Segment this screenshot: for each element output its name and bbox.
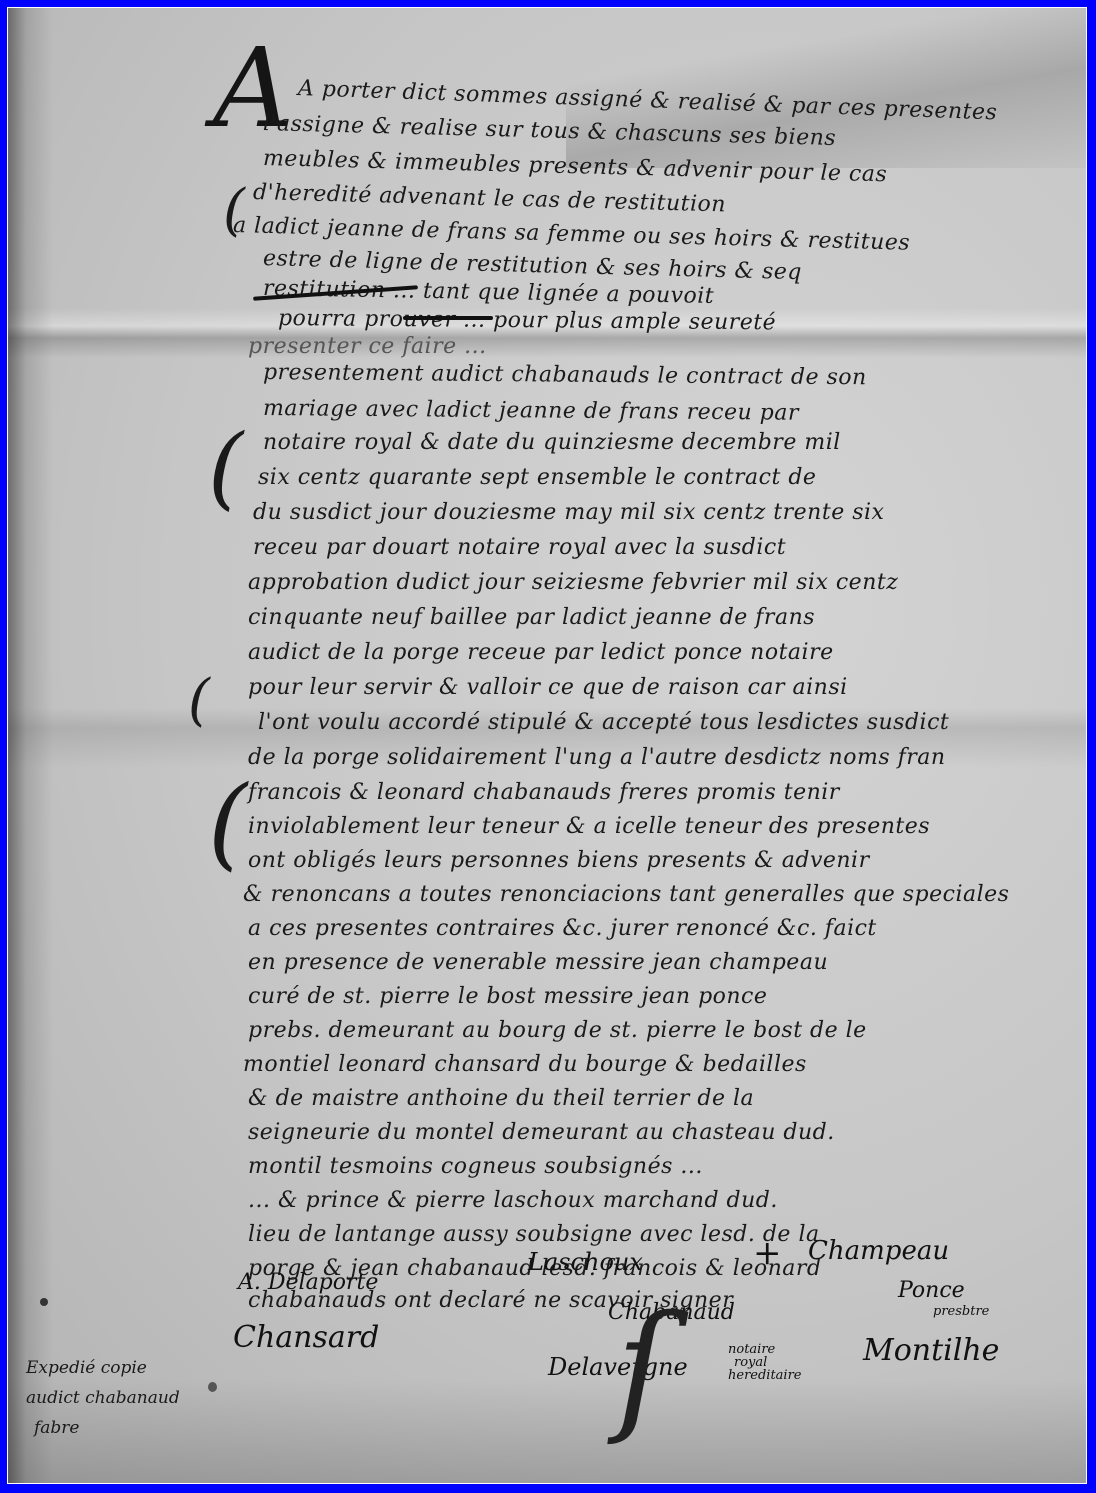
notary-caption: notaire royal hereditaire [728, 1343, 802, 1382]
manuscript-line: audict de la porge receue par ledict pon… [248, 640, 834, 665]
manuscript-line: prebs. demeurant au bourg de st. pierre … [248, 1018, 867, 1043]
signature-flourish: ſ [616, 1298, 668, 1438]
margin-note: Expedié copie audict chabanaud fabre [26, 1353, 180, 1443]
manuscript-line: ... & prince & pierre laschoux marchand … [248, 1188, 778, 1213]
manuscript-line: lieu de lantange aussy soubsigne avec le… [248, 1222, 820, 1247]
manuscript-line: francois & leonard chabanauds freres pro… [248, 780, 840, 805]
manuscript-line: ont obligés leurs personnes biens presen… [248, 848, 870, 873]
manuscript-line: l'ont voulu accordé stipulé & accepté to… [258, 710, 949, 735]
margin-note-line: audict chabanaud [26, 1383, 180, 1413]
signature-mark: + [753, 1233, 782, 1273]
manuscript-line: en presence de venerable messire jean ch… [248, 950, 828, 975]
signature-presbtre: presbtre [933, 1304, 989, 1319]
manuscript-line: a ces presentes contraires &c. jurer ren… [248, 916, 877, 941]
manuscript-line: d'heredité advenant le cas de restitutio… [253, 180, 727, 217]
manuscript-line: presentement audict chabanauds le contra… [263, 360, 867, 390]
margin-flourish: ( [208, 423, 243, 513]
signature-montilhe: Montilhe [863, 1333, 999, 1368]
margin-note-line: fabre [26, 1413, 180, 1443]
manuscript-line: inviolablement leur teneur & a icelle te… [248, 814, 930, 839]
manuscript-line: & de maistre anthoine du theil terrier d… [248, 1086, 754, 1111]
margin-note-line: Expedié copie [26, 1353, 180, 1383]
manuscript-line: pourra prouver ... pour plus ample seure… [278, 306, 776, 335]
manuscript-line: seigneurie du montel demeurant au chaste… [248, 1120, 835, 1145]
manuscript-line: notaire royal & date du quinziesme decem… [263, 430, 841, 455]
manuscript-line: six centz quarante sept ensemble le cont… [258, 465, 816, 490]
manuscript-line: receu par douart notaire royal avec la s… [253, 535, 786, 560]
margin-flourish: ( [208, 773, 247, 873]
document-page: A A porter dict sommes assigné & realisé… [7, 7, 1087, 1484]
signature-laschoux: Laschoux [528, 1248, 643, 1276]
notary-caption-line: hereditaire [728, 1369, 802, 1382]
manuscript-line: du susdict jour douziesme may mil six ce… [253, 500, 884, 525]
manuscript-line: de la porge solidairement l'ung a l'autr… [248, 745, 946, 770]
manuscript-line: & renoncans a toutes renonciacions tant … [243, 882, 1009, 907]
signature-champeau: Champeau [808, 1236, 949, 1266]
manuscript-line: montiel leonard chansard du bourge & bed… [243, 1052, 807, 1077]
signature-delaporte: A. Delaporte [238, 1270, 378, 1295]
manuscript-line: cinquante neuf baillee par ladict jeanne… [248, 605, 815, 630]
ink-dot [40, 1298, 48, 1306]
margin-flourish: ( [188, 673, 210, 729]
manuscript-line: montil tesmoins cogneus soubsignés ... [248, 1154, 703, 1179]
signature-ponce: Ponce [898, 1278, 965, 1303]
margin-flourish: ( [223, 183, 245, 239]
manuscript-line: curé de st. pierre le bost messire jean … [248, 984, 767, 1009]
signature-chansard: Chansard [233, 1320, 379, 1355]
manuscript-line: mariage avec ladict jeanne de frans rece… [263, 396, 799, 426]
manuscript-line: approbation dudict jour seiziesme febvri… [248, 570, 898, 595]
strike-through [403, 316, 493, 320]
manuscript-line: pour leur servir & valloir ce que de rai… [248, 675, 848, 700]
manuscript-line: presenter ce faire ... [248, 334, 487, 359]
ink-dot [208, 1382, 217, 1392]
